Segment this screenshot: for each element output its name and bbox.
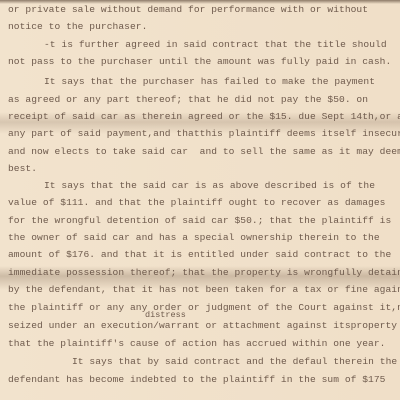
typewritten-legal-page: or private sale without demand for perfo…: [0, 0, 400, 400]
text-line: It says that the purchaser has failed to…: [44, 76, 375, 88]
text-line: as agreed or any part thereof; that he d…: [8, 94, 368, 106]
text-line: and now elects to take said car and to s…: [8, 146, 400, 158]
text-line: that the plaintiff's cause of action has…: [8, 338, 385, 350]
text-line: defendant has become indebted to the pla…: [8, 374, 385, 386]
text-line: notice to the purchaser.: [8, 21, 147, 33]
text-line: amount of $176. and that it is entitled …: [8, 249, 391, 261]
text-line: It says that the said car is as above de…: [44, 180, 375, 192]
text-line: receipt of said car as therein agreed or…: [8, 111, 400, 123]
text-line: best.: [8, 163, 37, 175]
text-line: value of $111. and that the plaintiff ou…: [8, 197, 385, 209]
text-line: immediate possession thereof; that the p…: [8, 267, 400, 279]
text-line: seized under an execution/warrant or att…: [8, 320, 397, 332]
text-line: not pass to the purchaser until the amou…: [8, 56, 391, 68]
text-line: -t is further agreed in said contract th…: [44, 39, 387, 51]
text-line: or private sale without demand for perfo…: [8, 4, 368, 16]
text-line: the owner of said car and has a special …: [8, 232, 380, 244]
interlinear-insert: distress: [145, 310, 186, 320]
text-line: the plaintiff or any any order or judgme…: [8, 302, 400, 314]
text-line: for the wrongful detention of said car $…: [8, 215, 391, 227]
text-line: It says that by said contract and the de…: [72, 356, 397, 368]
text-line: by the defendant, that it has not been t…: [8, 284, 400, 296]
text-line: any part of said payment,and thatthis pl…: [8, 128, 400, 140]
